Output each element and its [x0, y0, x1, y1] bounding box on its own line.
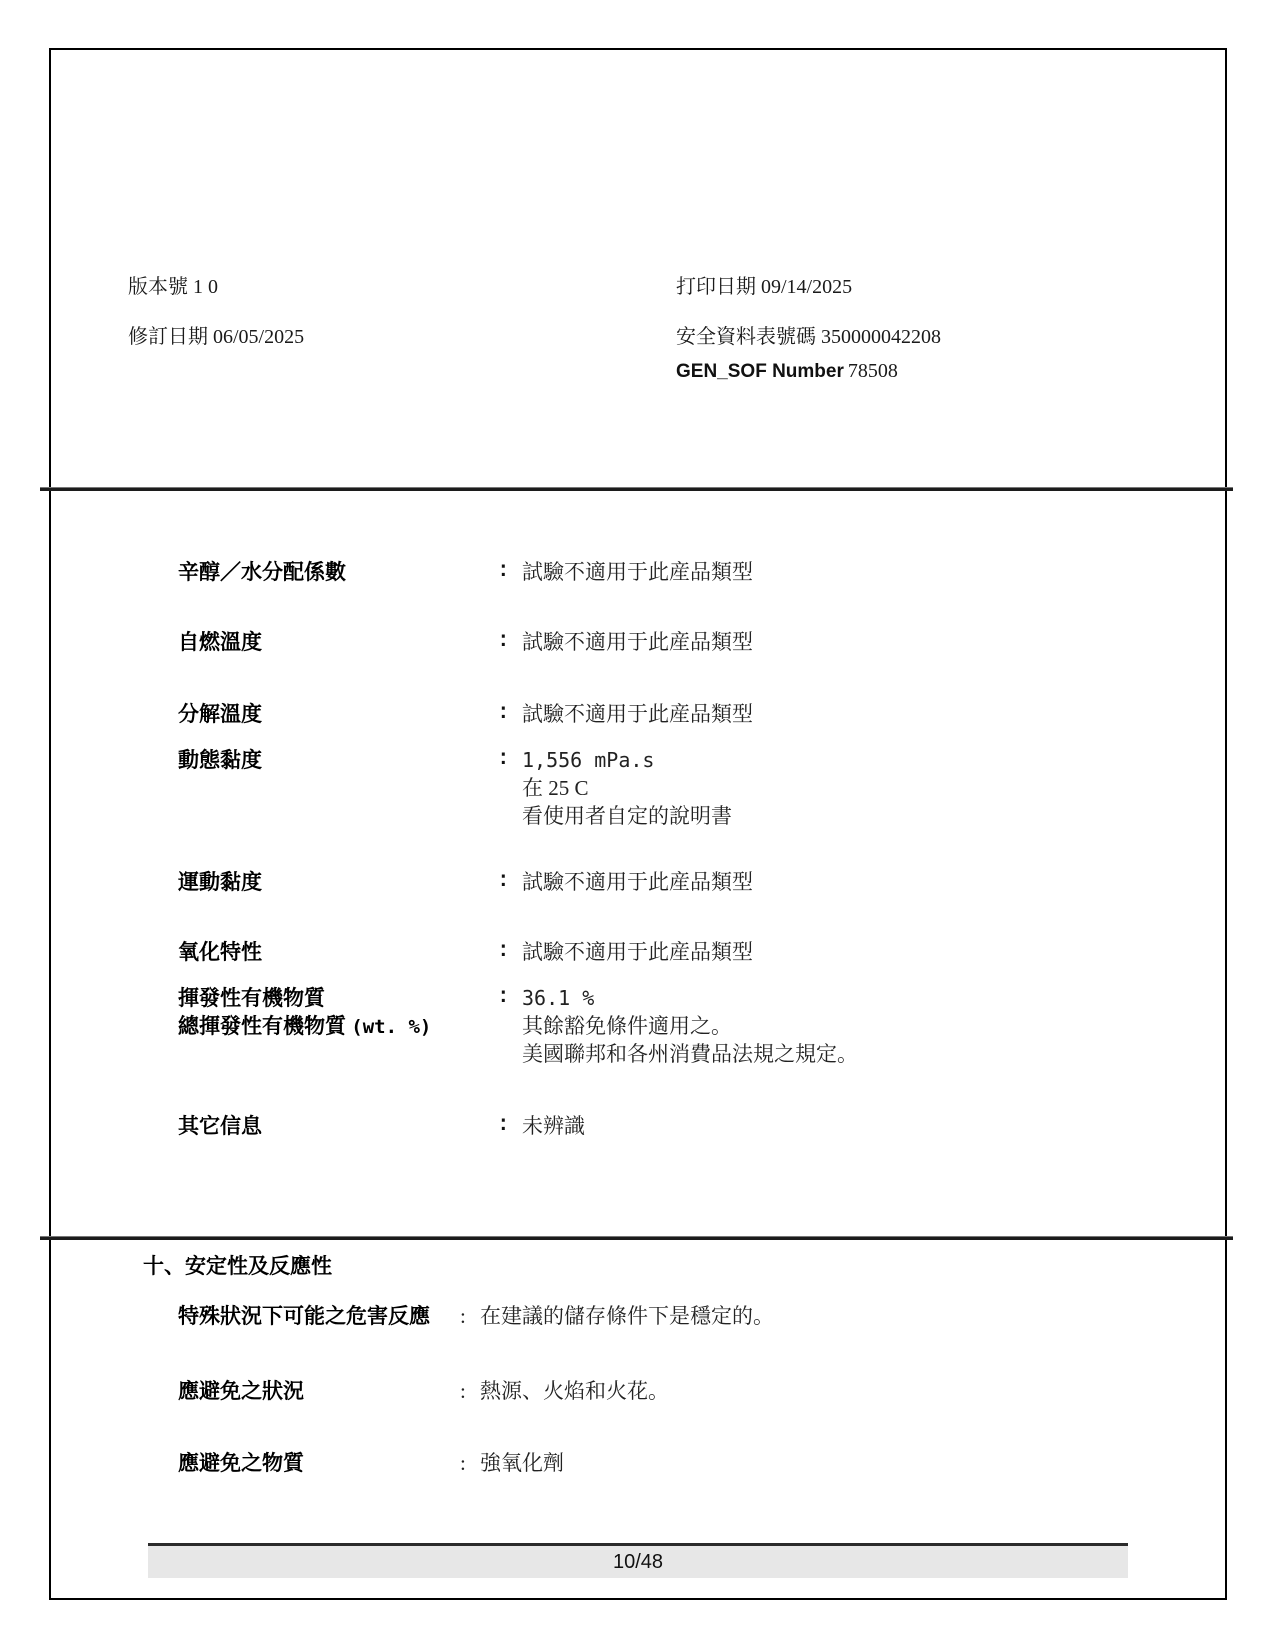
section-row-label: 特殊狀況下可能之危害反應 — [178, 1302, 430, 1330]
property-value: 試驗不適用于此産品類型 — [522, 558, 753, 586]
section-title: 十、安定性及反應性 — [143, 1250, 332, 1280]
revision-date: 修訂日期 06/05/2025 — [128, 320, 304, 349]
gen-sof-label: GEN_SOF Number — [676, 361, 844, 382]
property-label: 氧化特性 — [178, 938, 262, 966]
sds-number: 安全資料表號碼 350000042208 — [676, 320, 941, 349]
property-value: 試驗不適用于此産品類型 — [522, 868, 753, 896]
property-value: 1,556 mPa.s 在 25 C 看使用者自定的說明書 — [522, 746, 732, 830]
property-label-second-line: 總揮發性有機物質 (wt. %) — [178, 1012, 431, 1041]
section-row-value: 熱源、火焰和火花。 — [480, 1377, 669, 1405]
property-label: 動態黏度 — [178, 746, 262, 774]
section-divider — [40, 1236, 1233, 1240]
header-divider — [40, 487, 1233, 491]
sds-document-page: 版本號 1 0 修訂日期 06/05/2025 打印日期 09/14/2025 … — [0, 0, 1275, 1650]
footer-bar: 10/48 — [148, 1543, 1128, 1578]
colon-separator: : — [497, 746, 510, 774]
page-number: 10/48 — [148, 1546, 1128, 1578]
property-value: 試驗不適用于此産品類型 — [522, 938, 753, 966]
gen-sof-value: 78508 — [848, 360, 898, 382]
unit-suffix: (wt. %) — [351, 1016, 431, 1038]
print-date: 打印日期 09/14/2025 — [676, 270, 852, 299]
property-value: 36.1 % 其餘豁免條件適用之。 美國聯邦和各州消費品法規之規定。 — [522, 984, 858, 1068]
property-label: 揮發性有機物質 — [178, 984, 325, 1012]
colon-separator: : — [497, 938, 510, 966]
version-number: 版本號 1 0 — [128, 270, 218, 299]
colon-separator: : — [460, 1302, 466, 1330]
colon-separator: : — [460, 1377, 466, 1405]
property-label: 運動黏度 — [178, 868, 262, 896]
colon-separator: : — [497, 628, 510, 656]
colon-separator: : — [497, 558, 510, 586]
section-row-label: 應避免之物質 — [178, 1449, 304, 1477]
gen-sof-number: GEN_SOF Number 78508 — [676, 360, 898, 383]
property-label: 其它信息 — [178, 1112, 262, 1140]
colon-separator: : — [460, 1449, 466, 1477]
property-value: 試驗不適用于此産品類型 — [522, 628, 753, 656]
property-label: 分解溫度 — [178, 700, 262, 728]
property-label: 辛醇／水分配係數 — [178, 558, 346, 586]
property-label: 自燃溫度 — [178, 628, 262, 656]
property-value: 試驗不適用于此産品類型 — [522, 700, 753, 728]
colon-separator: : — [497, 700, 510, 728]
colon-separator: : — [497, 1112, 510, 1140]
section-row-label: 應避免之狀況 — [178, 1377, 304, 1405]
property-value: 未辨識 — [522, 1112, 585, 1140]
colon-separator: : — [497, 868, 510, 896]
section-row-value: 在建議的儲存條件下是穩定的。 — [480, 1302, 774, 1330]
colon-separator: : — [497, 984, 510, 1012]
section-row-value: 強氧化劑 — [480, 1449, 564, 1477]
